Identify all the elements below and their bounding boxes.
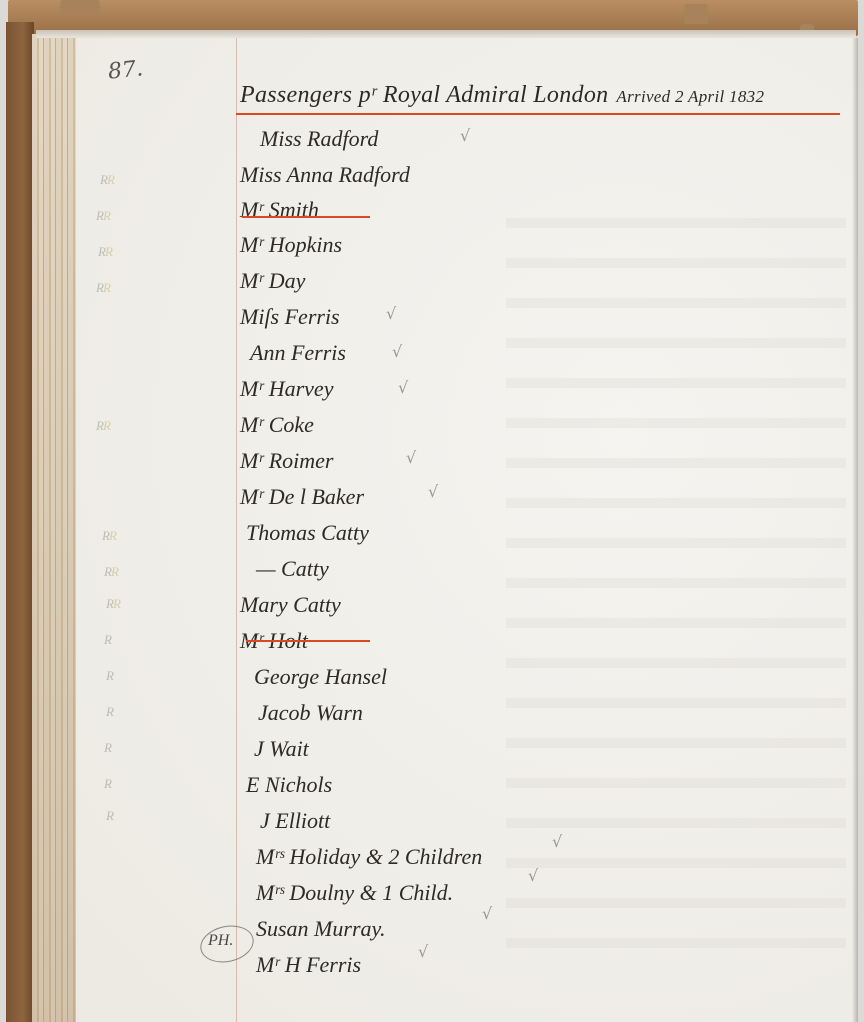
page-number: 87. [107,56,144,85]
passenger-entry: Jacob Warn [258,700,363,726]
passenger-entry: J Wait [254,736,309,762]
passenger-entry: Mʳˢ Holiday & 2 Children [256,844,482,870]
passenger-entry: Miſs Ferris [240,304,340,330]
passenger-entry: Mʳ Harvey [240,376,333,402]
passenger-entry: — Catty [256,556,329,582]
passenger-entry: Ann Ferris [250,340,346,366]
passenger-entry: Thomas Catty [246,520,369,546]
margin-mark: R [106,808,113,824]
entry-underline [246,640,370,642]
page-edges [32,34,76,1022]
check-tick-icon: √ [392,342,402,361]
check-tick-icon: √ [482,904,492,923]
heading-arrival: Arrived 2 April 1832 [616,87,764,106]
passenger-entry: Mʳ Coke [240,412,314,438]
margin-mark: RR [100,172,114,188]
margin-mark: R [104,740,111,756]
check-tick-icon: √ [528,866,538,885]
heading-title: Passengers pʳ Royal Admiral London [240,82,608,108]
passenger-entry: Miss Radford [260,126,378,152]
margin-mark: RR [102,528,116,544]
margin-rule [236,38,237,1022]
page-top-edge [36,30,856,38]
check-tick-icon: √ [398,378,408,397]
passenger-entry: E Nichols [246,772,332,798]
margin-mark: RR [98,244,112,260]
check-tick-icon: √ [428,482,438,501]
check-tick-icon: √ [552,832,562,851]
margin-mark: R [104,632,111,648]
margin-mark: RR [96,280,110,296]
margin-mark: RR [104,564,118,580]
margin-mark: RR [96,208,110,224]
passenger-entry: Mʳ H Ferris [256,952,361,978]
passenger-entry: Mʳ Hopkins [240,232,342,258]
heading-underline [236,113,840,115]
passenger-entry: Mʳ Day [240,268,305,294]
passenger-entry: J Elliott [260,808,330,834]
passenger-entry: Mʳ Roimer [240,448,333,474]
cover-torn-edge [684,4,708,24]
page-heading: Passengers pʳ Royal Admiral LondonArrive… [240,82,764,109]
book-spine [6,22,34,1022]
passenger-entry: Miss Anna Radford [240,162,410,188]
passenger-entry: Mʳˢ Doulny & 1 Child. [256,880,453,906]
passenger-entry: George Hansel [254,664,387,690]
ph-annotation: PH. [208,932,233,950]
passenger-entry: Mʳ De l Baker [240,484,364,510]
check-tick-icon: √ [460,126,470,145]
passenger-entry: Mary Catty [240,592,341,618]
entry-underline [242,216,370,218]
margin-mark: RR [106,596,120,612]
check-tick-icon: √ [406,448,416,467]
passenger-entry: Susan Murray. [256,916,386,942]
passenger-entry: Mʳ Smith [240,197,319,223]
register-page: 87. Passengers pʳ Royal Admiral LondonAr… [76,38,858,1022]
page-shadow [852,38,858,1022]
check-tick-icon: √ [418,942,428,961]
margin-mark: RR [96,418,110,434]
check-tick-icon: √ [386,304,396,323]
margin-mark: R [104,776,111,792]
margin-mark: R [106,668,113,684]
margin-mark: R [106,704,113,720]
cover-torn-edge [60,0,100,14]
